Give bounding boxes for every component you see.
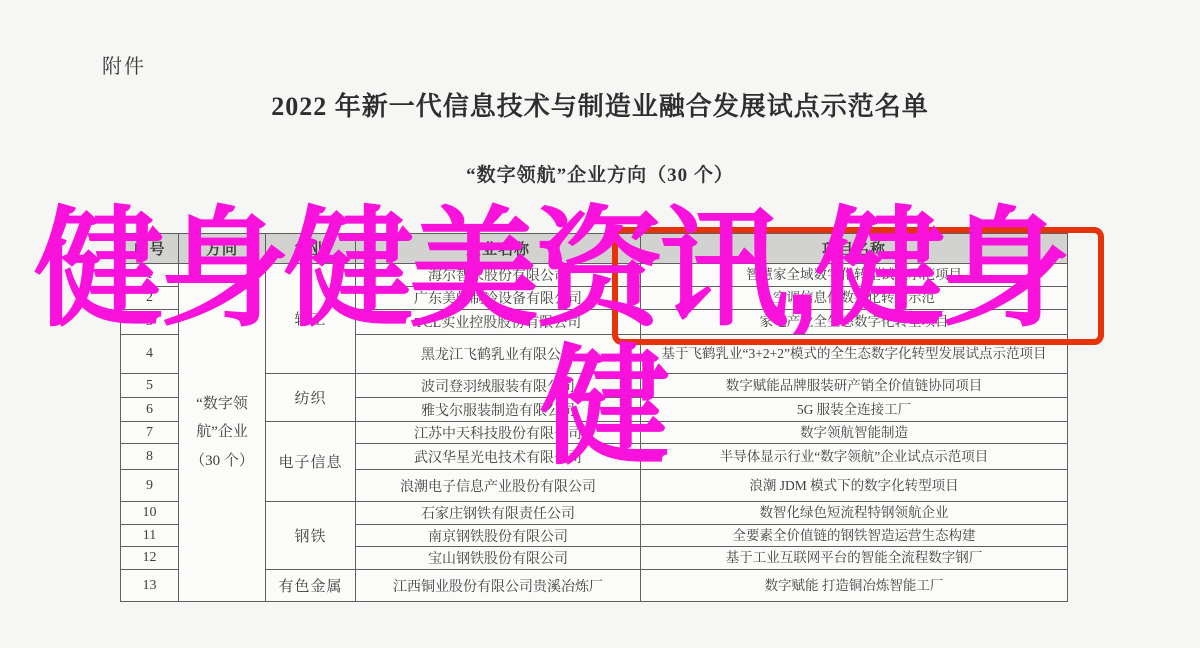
cell-company: 江苏中天科技股份有限公司 <box>356 422 641 444</box>
table-body: 1“数字领航”企业（30 个）轻工海尔智家股份有限公司智慧家全域数字化转型试点示… <box>121 264 1068 602</box>
demonstration-list-table: 序号方向行业企业名称项目名称 1“数字领航”企业（30 个）轻工海尔智家股份有限… <box>120 233 1068 602</box>
cell-project: 家电产业全生态数字化转型项目 <box>641 310 1068 335</box>
cell-no: 8 <box>121 444 179 470</box>
column-header: 方向 <box>179 234 266 264</box>
cell-industry: 轻工 <box>266 264 356 374</box>
cell-no: 9 <box>121 470 179 502</box>
cell-company: 武汉华星光电技术有限公司 <box>356 444 641 470</box>
cell-project: 5G 服装全连接工厂 <box>641 398 1068 422</box>
cell-no: 10 <box>121 502 179 525</box>
cell-company: 海尔智家股份有限公司 <box>356 264 641 287</box>
cell-project: 数字领航智能制造 <box>641 422 1068 444</box>
cell-project: 数字赋能品牌服装研产销全价值链协同项目 <box>641 374 1068 398</box>
column-header: 序号 <box>121 234 179 264</box>
cell-no: 4 <box>121 335 179 374</box>
cell-company: 江西铜业股份有限公司贵溪冶炼厂 <box>356 570 641 602</box>
table-header-row: 序号方向行业企业名称项目名称 <box>121 234 1068 264</box>
table-row: 1“数字领航”企业（30 个）轻工海尔智家股份有限公司智慧家全域数字化转型试点示… <box>121 264 1068 287</box>
cell-no: 5 <box>121 374 179 398</box>
attachment-label: 附件 <box>102 50 146 79</box>
cell-company: 波司登羽绒服装有限公司 <box>356 374 641 398</box>
cell-industry: 电子信息 <box>266 422 356 502</box>
direction-label: “数字领航”企业（30 个） <box>190 390 254 476</box>
document-subtitle: “数字领航”企业方向（30 个） <box>0 160 1200 187</box>
document-title: 2022 年新一代信息技术与制造业融合发展试点示范名单 <box>0 86 1200 123</box>
cell-no: 6 <box>121 398 179 422</box>
cell-project: 智慧家全域数字化转型试点示范项目 <box>641 264 1068 287</box>
cell-company: 广东美的制冷设备有限公司 <box>356 287 641 310</box>
cell-company: 黑龙江飞鹤乳业有限公司 <box>356 335 641 374</box>
cell-company: 南京钢铁股份有限公司 <box>356 525 641 547</box>
cell-project: 基于工业互联网平台的智能全流程数字钢厂 <box>641 547 1068 570</box>
cell-company: 浪潮电子信息产业股份有限公司 <box>356 470 641 502</box>
cell-project: 基于飞鹤乳业“3+2+2”模式的全生态数字化转型发展试点示范项目 <box>641 335 1068 374</box>
cell-no: 12 <box>121 547 179 570</box>
cell-company: 石家庄钢铁有限责任公司 <box>356 502 641 525</box>
cell-project: 数字赋能 打造铜冶炼智能工厂 <box>641 570 1068 602</box>
document-page: 附件 2022 年新一代信息技术与制造业融合发展试点示范名单 “数字领航”企业方… <box>0 0 1200 648</box>
cell-company: TCL实业控股股份有限公司 <box>356 310 641 335</box>
cell-direction: “数字领航”企业（30 个） <box>179 264 266 602</box>
cell-no: 2 <box>121 287 179 310</box>
cell-industry: 纺织 <box>266 374 356 422</box>
column-header: 行业 <box>266 234 356 264</box>
cell-project: 全要素全价值链的钢铁智造运营生态构建 <box>641 525 1068 547</box>
cell-no: 3 <box>121 310 179 335</box>
cell-project: 数智化绿色短流程特钢领航企业 <box>641 502 1068 525</box>
cell-no: 7 <box>121 422 179 444</box>
cell-project: 浪潮 JDM 模式下的数字化转型项目 <box>641 470 1068 502</box>
cell-project: 空调信息化数字化转型示范 <box>641 287 1068 310</box>
table-header: 序号方向行业企业名称项目名称 <box>121 234 1068 264</box>
cell-company: 雅戈尔服装制造有限公司 <box>356 398 641 422</box>
table: 序号方向行业企业名称项目名称 1“数字领航”企业（30 个）轻工海尔智家股份有限… <box>120 233 1068 602</box>
cell-industry: 有色金属 <box>266 570 356 602</box>
cell-no: 1 <box>121 264 179 287</box>
cell-industry: 钢铁 <box>266 502 356 570</box>
column-header: 企业名称 <box>356 234 641 264</box>
cell-company: 宝山钢铁股份有限公司 <box>356 547 641 570</box>
cell-no: 13 <box>121 570 179 602</box>
cell-no: 11 <box>121 525 179 547</box>
cell-project: 半导体显示行业“数字领航”企业试点示范项目 <box>641 444 1068 470</box>
column-header: 项目名称 <box>641 234 1068 264</box>
